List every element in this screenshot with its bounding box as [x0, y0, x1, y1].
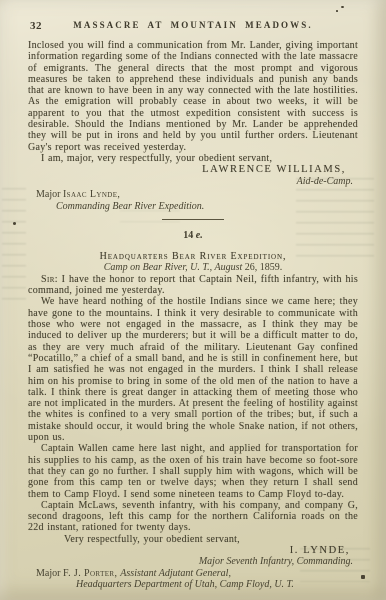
- ink-speck-top-right-2: [336, 10, 338, 12]
- addressee-rank: Major: [36, 189, 63, 200]
- signature-title: Aid-de-Camp.: [28, 176, 358, 187]
- letter-dateline: Camp on Bear River, U. T., August 26, 18…: [28, 262, 358, 274]
- page-number: 32: [30, 20, 42, 32]
- paragraph-1: Sir: I have the honor to report that Cap…: [28, 274, 358, 297]
- paragraph-4: Captain McLaws, seventh infantry, with h…: [28, 500, 358, 534]
- running-title: MASSACRE AT MOUNTAIN MEADOWS.: [28, 20, 358, 30]
- signature-title: Major Seventh Infantry, Commanding.: [28, 556, 358, 567]
- signature-name: I. LYNDE,: [28, 545, 358, 557]
- letter-closing: I am, major, very respectfully, your obe…: [28, 153, 358, 164]
- addressee-name: Isaac Lynde,: [63, 189, 120, 200]
- paragraph-2: We have heard nothing of the hostile Ind…: [28, 296, 358, 443]
- scanned-book-page: 32 MASSACRE AT MOUNTAIN MEADOWS. Inclose…: [0, 0, 386, 600]
- addressee-title: Commanding Bear River Expedition.: [56, 201, 358, 212]
- addressee-title: Assistant Adjutant General,: [120, 568, 231, 579]
- addressee-line: Major Isaac Lynde,: [36, 189, 358, 201]
- page-content: 32 MASSACRE AT MOUNTAIN MEADOWS. Inclose…: [28, 20, 358, 591]
- running-header: 32 MASSACRE AT MOUNTAIN MEADOWS.: [28, 20, 358, 33]
- letter-williams: Inclosed you will find a communication f…: [28, 40, 358, 212]
- paragraph-3: Captain Wallen came here last night, and…: [28, 443, 358, 499]
- bleed-through-text: [2, 188, 26, 308]
- letter-closing: Very respectfully, your obedient servant…: [28, 534, 358, 545]
- letter-heading: Headquarters Bear River Expedition,: [28, 251, 358, 263]
- letter-body: Inclosed you will find a communication f…: [28, 40, 358, 153]
- ink-speck-left-margin: [13, 222, 16, 225]
- salutation: Sir:: [41, 274, 58, 285]
- addressee-rank: Major: [36, 568, 63, 579]
- section-divider-rule: [162, 219, 224, 220]
- addressee-address: Headquarters Department of Utah, Camp Fl…: [76, 579, 358, 590]
- signature-name: LAWRENCE WILLIAMS,: [28, 164, 358, 176]
- addressee-name: F. J. Porter,: [63, 568, 120, 579]
- ink-speck-bottom-right: [361, 575, 365, 579]
- letter-lynde: Headquarters Bear River Expedition, Camp…: [28, 251, 358, 591]
- addressee-line: Major F. J. Porter, Assistant Adjutant G…: [36, 568, 358, 580]
- document-number: 14 e.: [28, 230, 358, 241]
- ink-speck-top-right: [341, 6, 344, 8]
